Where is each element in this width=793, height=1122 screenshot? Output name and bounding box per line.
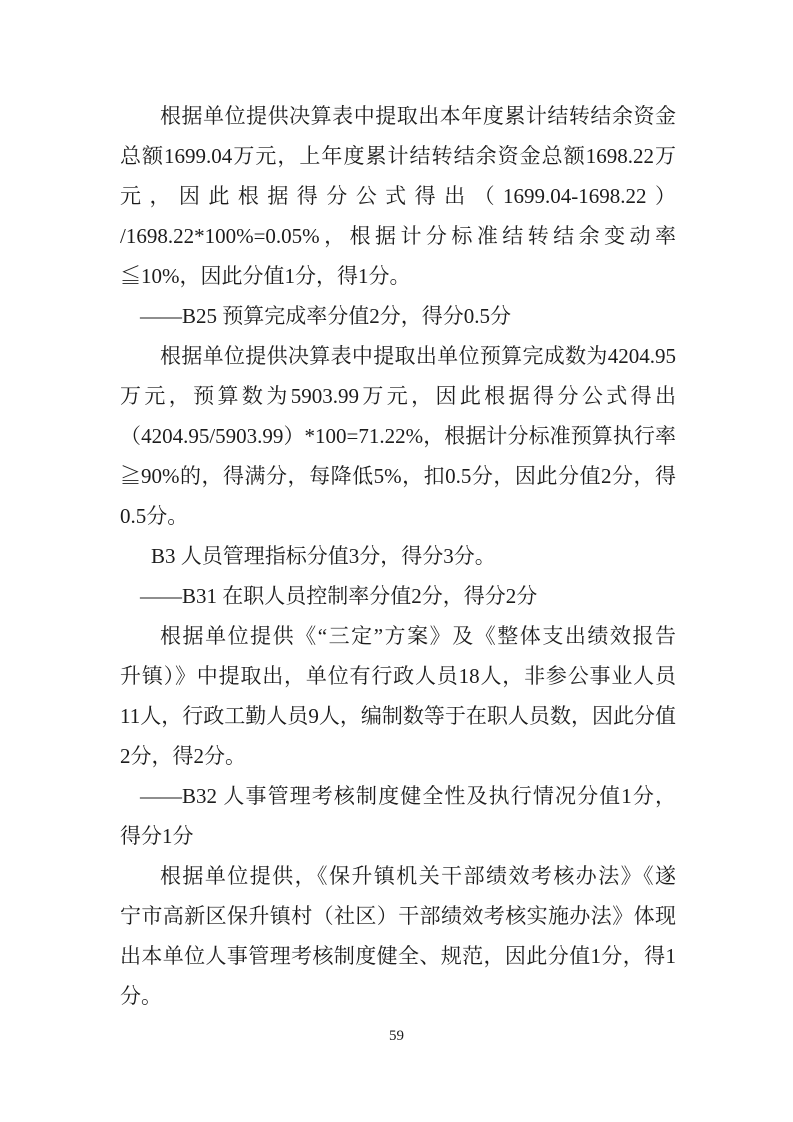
paragraph-b32-explanation: 根据单位提供，《保升镇机关干部绩效考核办法》《遂 宁市高新区保升镇村（社区）干部… <box>120 856 676 1016</box>
text-line: 元，因此根据得分公式得出（1699.04-1698.22） <box>120 176 676 216</box>
page-number: 59 <box>389 1028 404 1044</box>
paragraph-b31-heading: ——B31 在职人员控制率分值2分，得分2分 <box>120 576 676 616</box>
text-line: 升镇）》中提取出，单位有行政人员18人，非参公事业人员 <box>120 656 676 696</box>
text-line: 2分，得2分。 <box>120 736 676 776</box>
text-line: （4204.95/5903.99）*100=71.22%，根据计分标准预算执行率 <box>120 416 676 456</box>
paragraph-b3-heading: B3 人员管理指标分值3分，得分3分。 <box>120 536 676 576</box>
text-line: 得分1分 <box>120 816 676 856</box>
text-line: ——B31 在职人员控制率分值2分，得分2分 <box>120 576 676 616</box>
paragraph-b32-heading: ——B32 人事管理考核制度健全性及执行情况分值1分， 得分1分 <box>120 776 676 856</box>
text-line: 根据单位提供《“三定”方案》及《整体支出绩效报告（保 <box>120 616 676 656</box>
text-line: 根据单位提供决算表中提取出单位预算完成数为4204.95 <box>120 336 676 376</box>
text-line: 宁市高新区保升镇村（社区）干部绩效考核实施办法》体现 <box>120 896 676 936</box>
text-line: 根据单位提供，《保升镇机关干部绩效考核办法》《遂 <box>120 856 676 896</box>
text-line: 11人，行政工勤人员9人，编制数等于在职人员数，因此分值 <box>120 696 676 736</box>
text-line: ——B25 预算完成率分值2分，得分0.5分 <box>120 296 676 336</box>
text-line: 分。 <box>120 976 676 1016</box>
text-line: 总额1699.04万元，上年度累计结转结余资金总额1698.22万 <box>120 136 676 176</box>
paragraph-b31-explanation: 根据单位提供《“三定”方案》及《整体支出绩效报告（保 升镇）》中提取出，单位有行… <box>120 616 676 776</box>
text-line: 根据单位提供决算表中提取出本年度累计结转结余资金 <box>120 96 676 136</box>
text-line: /1698.22*100%=0.05%，根据计分标准结转结余变动率 <box>120 216 676 256</box>
document-body: 根据单位提供决算表中提取出本年度累计结转结余资金 总额1699.04万元，上年度… <box>120 96 676 1016</box>
document-page: 根据单位提供决算表中提取出本年度累计结转结余资金 总额1699.04万元，上年度… <box>0 0 793 1122</box>
paragraph-b25-explanation: 根据单位提供决算表中提取出单位预算完成数为4204.95 万元，预算数为5903… <box>120 336 676 536</box>
paragraph-b24-explanation: 根据单位提供决算表中提取出本年度累计结转结余资金 总额1699.04万元，上年度… <box>120 96 676 296</box>
text-line: ≦10%，因此分值1分，得1分。 <box>120 256 676 296</box>
text-line: 万元，预算数为5903.99万元，因此根据得分公式得出 <box>120 376 676 416</box>
text-line: 出本单位人事管理考核制度健全、规范，因此分值1分，得1 <box>120 936 676 976</box>
paragraph-b25-heading: ——B25 预算完成率分值2分，得分0.5分 <box>120 296 676 336</box>
text-line: B3 人员管理指标分值3分，得分3分。 <box>120 536 676 576</box>
text-line: 0.5分。 <box>120 496 676 536</box>
text-line: ——B32 人事管理考核制度健全性及执行情况分值1分， <box>120 776 676 816</box>
text-line: ≧90%的，得满分，每降低5%，扣0.5分，因此分值2分，得 <box>120 456 676 496</box>
page-footer: 59 <box>0 1026 793 1046</box>
